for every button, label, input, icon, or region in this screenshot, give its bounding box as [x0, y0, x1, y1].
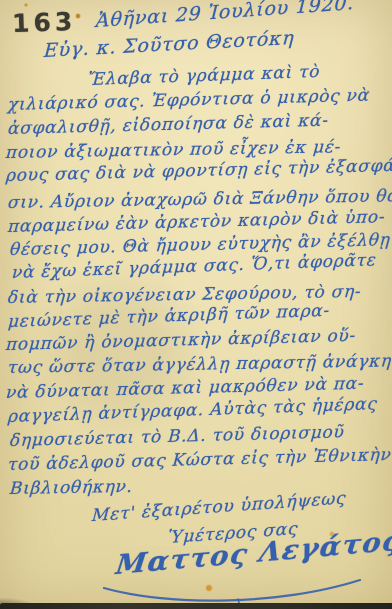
postcard-scan: 163 Ἀθῆναι 29 Ἰουλίου 1920. Εὐγ. κ. Σοῦτ… — [0, 0, 392, 609]
body-line: Βιβλιοθήκην. — [9, 477, 134, 499]
archive-number: 163 — [12, 7, 77, 38]
scan-bottom-edge — [0, 603, 392, 609]
